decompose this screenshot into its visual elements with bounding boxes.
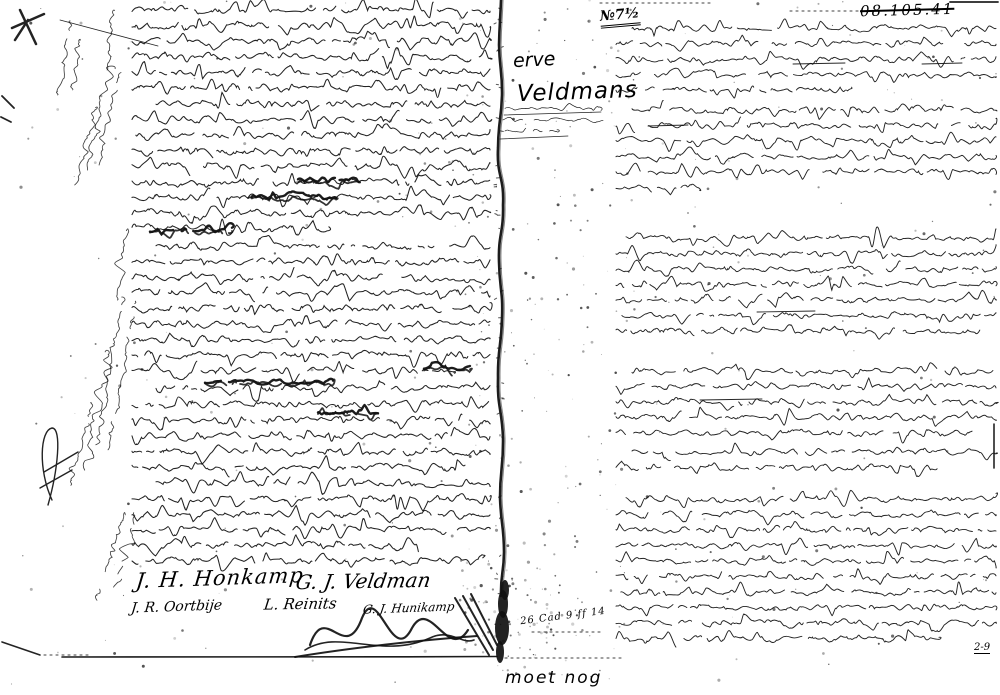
act-number-annotation: №7½ — [599, 5, 640, 28]
signature: L. Reinits — [263, 594, 338, 613]
bottom-note: moet nog — [505, 668, 602, 688]
page-number-mark: 2-9 — [974, 642, 990, 654]
center-title-line2: Veldmans — [517, 77, 638, 107]
document-scan: 08.105.41 №7½ erve Veldmans 26 Cad 9 ff … — [0, 0, 1000, 695]
signature: J. R. Oortbije — [130, 597, 223, 616]
archive-number-annotation: 08.105.41 — [860, 0, 955, 20]
signature: G. J. Veldman — [294, 568, 432, 594]
center-title-line1: erve — [512, 48, 556, 72]
